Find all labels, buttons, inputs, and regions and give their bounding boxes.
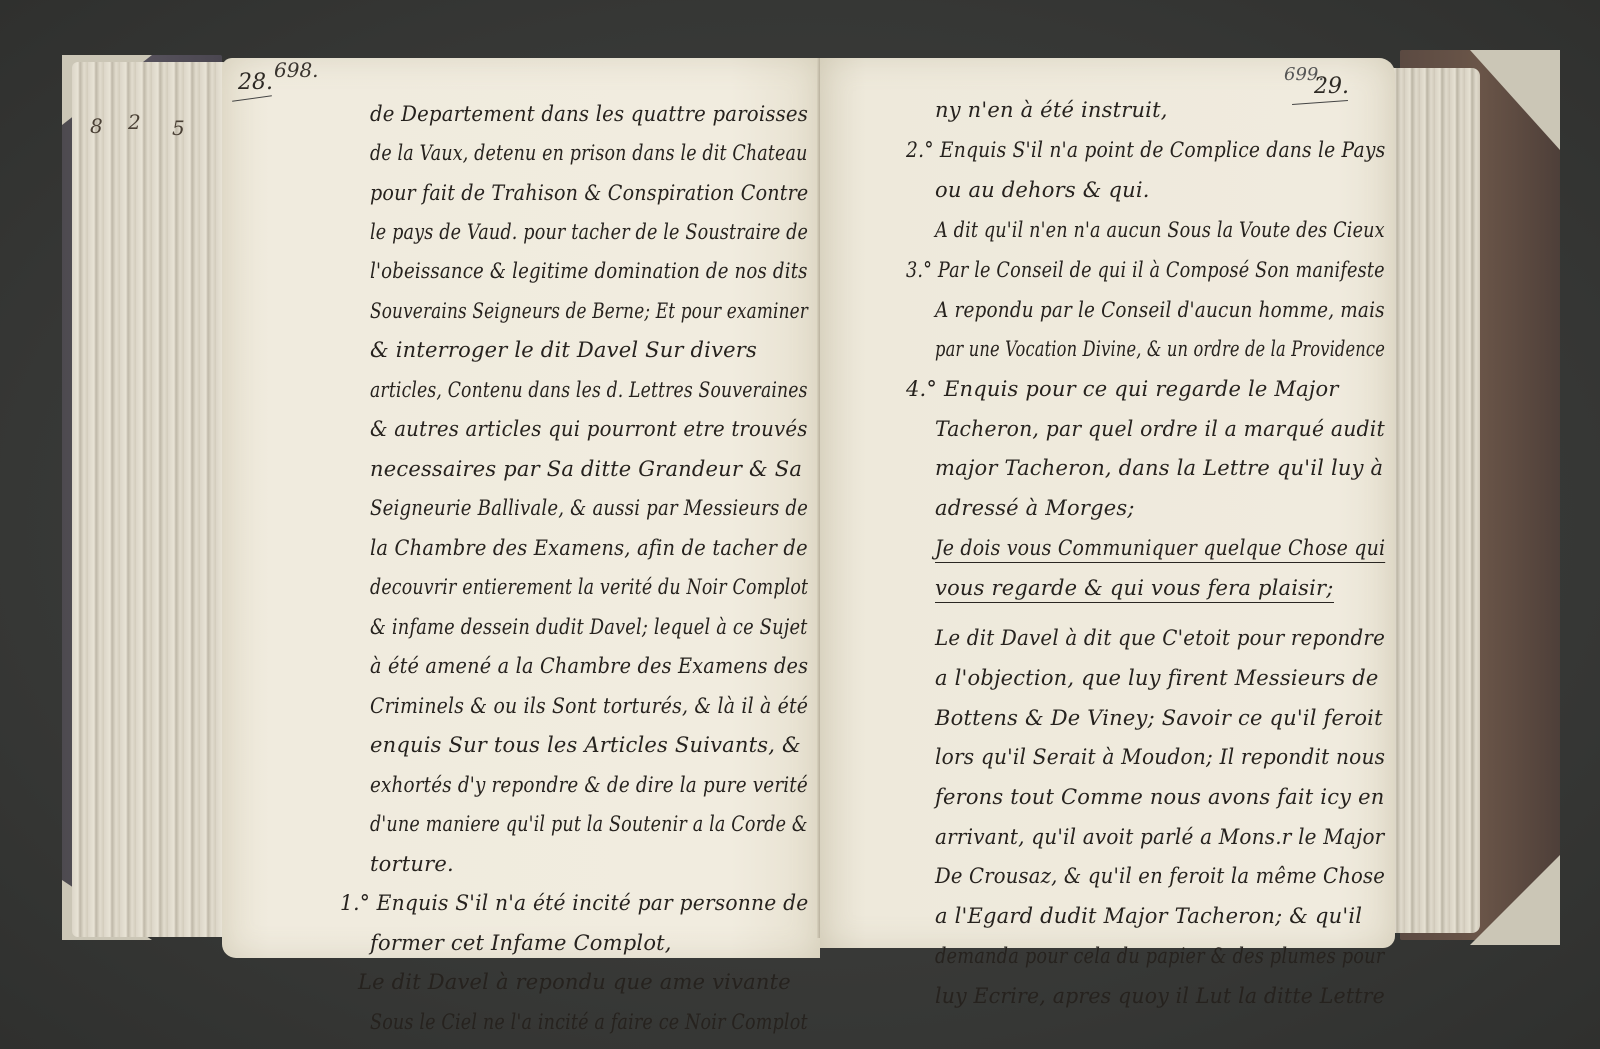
manuscript-line-underlined: vous regarde & qui vous fera plaisir; xyxy=(935,576,1334,603)
manuscript-line: & infame dessein dudit Davel; lequel à c… xyxy=(370,615,808,639)
left-folio: 28. 698. xyxy=(238,70,273,95)
edge-mark: 8 xyxy=(90,114,103,138)
manuscript-line: torture. xyxy=(370,852,454,876)
manuscript-line: d'une maniere qu'il put la Soutenir a la… xyxy=(370,812,808,836)
manuscript-line: 1.° Enquis S'il n'a été incité par perso… xyxy=(340,891,808,915)
manuscript-line: articles, Contenu dans les d. Lettres So… xyxy=(370,378,808,402)
old-folio-number: 698. xyxy=(274,58,319,82)
manuscript-line: l'obeissance & legitime domination de no… xyxy=(370,259,808,283)
page-stack-right xyxy=(1390,68,1480,933)
manuscript-line: a l'Egard dudit Major Tacheron; & qu'il xyxy=(935,904,1362,928)
manuscript-line: par une Vocation Divine, & un ordre de l… xyxy=(935,337,1385,361)
manuscript-line: à été amené a la Chambre des Examens des xyxy=(370,654,808,678)
manuscript-line: major Tacheron, dans la Lettre qu'il luy… xyxy=(935,456,1383,480)
manuscript-line: de la Vaux, detenu en prison dans le dit… xyxy=(370,141,808,165)
manuscript-line: Bottens & De Viney; Savoir ce qu'il fero… xyxy=(935,706,1383,730)
manuscript-line: 2.° Enquis S'il n'a point de Complice da… xyxy=(906,138,1385,162)
manuscript-line: Seigneurie Ballivale, & aussi par Messie… xyxy=(370,496,808,520)
manuscript-line: lors qu'il Serait à Moudon; Il repondit … xyxy=(935,745,1385,769)
manuscript-line: Criminels & ou ils Sont torturés, & là i… xyxy=(370,694,808,718)
manuscript-line: a l'objection, que luy firent Messieurs … xyxy=(935,666,1379,690)
manuscript-line: adressé à Morges; xyxy=(935,496,1135,520)
manuscript-line: Le dit Davel à repondu que ame vivante xyxy=(358,970,791,994)
old-folio-number: 699. xyxy=(1284,64,1324,85)
manuscript-line: A dit qu'il n'en n'a aucun Sous la Voute… xyxy=(935,218,1385,242)
manuscript-line: A repondu par le Conseil d'aucun homme, … xyxy=(935,298,1385,322)
manuscript-line: 4.° Enquis pour ce qui regarde le Major xyxy=(906,377,1339,401)
manuscript-line: ny n'en à été instruit, xyxy=(935,98,1168,122)
manuscript-line: le pays de Vaud. pour tacher de le Soust… xyxy=(370,220,808,244)
manuscript-line: & interroger le dit Davel Sur divers xyxy=(370,338,757,362)
manuscript-line: ou au dehors & qui. xyxy=(935,178,1150,202)
folio-number: 28. xyxy=(238,70,273,95)
right-folio: 699. 29. xyxy=(1292,74,1349,99)
manuscript-line: arrivant, qu'il avoit parlé a Mons.r le … xyxy=(935,825,1384,849)
manuscript-line: demanda pour cela du papier & des plumes… xyxy=(935,944,1384,968)
manuscript-line: luy Ecrire, apres quoy il Lut la ditte L… xyxy=(935,984,1385,1008)
page-stack-left: 8 2 5 xyxy=(72,62,232,937)
manuscript-line: & autres articles qui pourront etre trou… xyxy=(370,417,808,441)
manuscript-line: Tacheron, par quel ordre il a marqué aud… xyxy=(935,417,1385,441)
manuscript-line: exhortés d'y repondre & de dire la pure … xyxy=(370,773,808,797)
manuscript-line: enquis Sur tous les Articles Suivants, & xyxy=(370,733,801,757)
manuscript-line: pour fait de Trahison & Conspiration Con… xyxy=(370,181,808,205)
manuscript-line: decouvrir entierement la verité du Noir … xyxy=(370,575,808,599)
manuscript-line: de Departement dans les quattre paroisse… xyxy=(370,102,808,126)
manuscript-line: De Crousaz, & qu'il en feroit la même Ch… xyxy=(935,864,1385,888)
manuscript-line: necessaires par Sa ditte Grandeur & Sa xyxy=(370,457,802,481)
manuscript-line-underlined: Je dois vous Communiquer quelque Chose q… xyxy=(935,536,1385,563)
manuscript-line: Souverains Seigneurs de Berne; Et pour e… xyxy=(370,299,808,323)
manuscript-line: Sous le Ciel ne l'a incité a faire ce No… xyxy=(370,1010,808,1034)
manuscript-line: 3.° Par le Conseil de qui il à Composé S… xyxy=(906,258,1385,282)
manuscript-line: ferons tout Comme nous avons fait icy en xyxy=(935,785,1384,809)
edge-mark: 5 xyxy=(172,116,185,140)
edge-mark: 2 xyxy=(128,110,141,134)
manuscript-line: Le dit Davel à dit que C'etoit pour repo… xyxy=(935,626,1385,650)
manuscript-line: la Chambre des Examens, afin de tacher d… xyxy=(370,536,808,560)
manuscript-line: former cet Infame Complot, xyxy=(370,931,672,955)
